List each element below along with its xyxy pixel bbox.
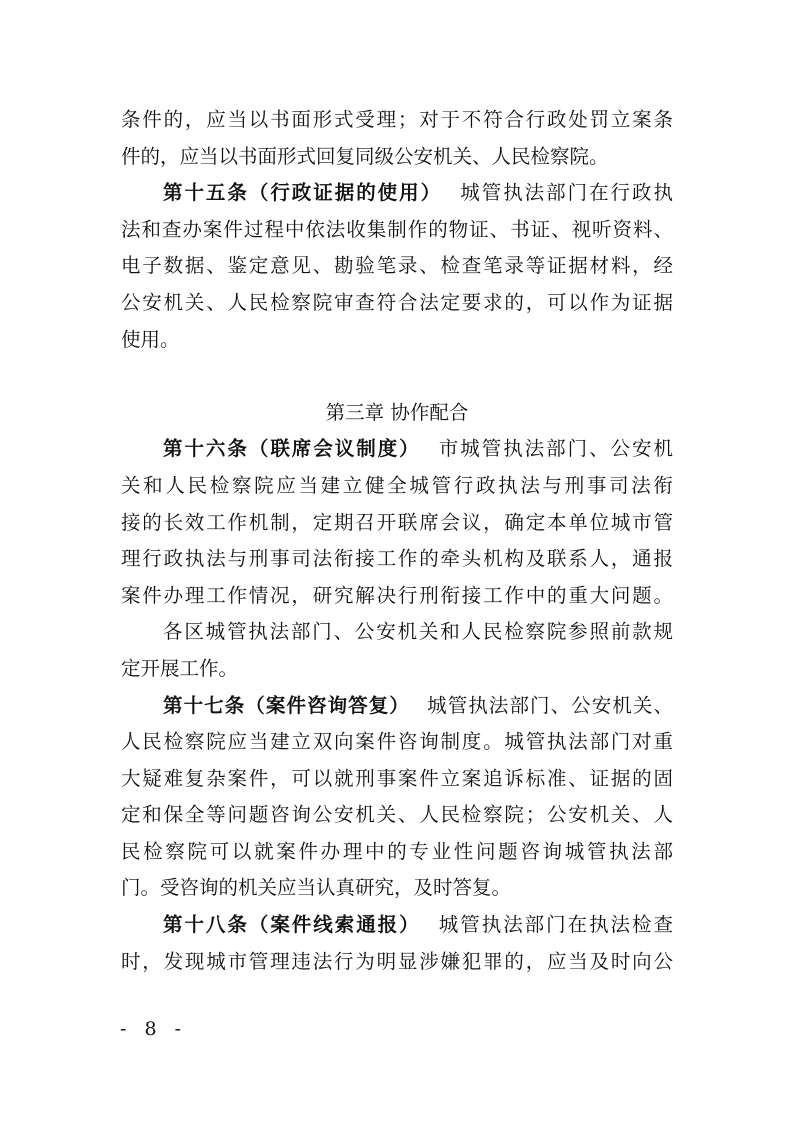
document-page: 条件的，应当以书面形式受理；对于不符合行政处罚立案条 件的，应当以书面形式回复同…	[121, 102, 673, 980]
text-line: 使用。	[121, 322, 673, 359]
text-line: 时，发现城市管理违法行为明显涉嫌犯罪的，应当及时向公	[121, 944, 673, 981]
text-line: 关和人民检察院应当建立健全城管行政执法与刑事司法衔	[121, 468, 673, 505]
text-line: 民检察院可以就案件办理中的专业性问题咨询城管执法部	[121, 834, 673, 871]
text-line: 条件的，应当以书面形式受理；对于不符合行政处罚立案条	[121, 102, 673, 139]
article-title: 第十六条（联席会议制度）	[163, 437, 421, 460]
article-title: 第十八条（案件线索通报）	[163, 913, 421, 936]
text-line: 电子数据、鉴定意见、勘验笔录、检查笔录等证据材料，经	[121, 248, 673, 285]
article-title: 第十五条（行政证据的使用）	[163, 181, 442, 204]
article-18-heading-line: 第十八条（案件线索通报） 城管执法部门在执法检查	[121, 907, 673, 944]
text-line: 接的长效工作机制，定期召开联席会议，确定本单位城市管	[121, 505, 673, 542]
text-line: 定开展工作。	[121, 651, 673, 688]
text-line: 公安机关、人民检察院审查符合法定要求的，可以作为证据	[121, 285, 673, 322]
page-number: - 8 -	[120, 1018, 187, 1040]
article-text: 城管执法部门在执法检查	[439, 913, 673, 936]
article-16-heading-line: 第十六条（联席会议制度） 市城管执法部门、公安机	[121, 431, 673, 468]
article-17-heading-line: 第十七条（案件咨询答复） 城管执法部门、公安机关、	[121, 688, 673, 725]
article-text: 城管执法部门在行政执	[460, 181, 673, 204]
text-line: 案件办理工作情况，研究解决行刑衔接工作中的重大问题。	[121, 578, 673, 615]
text-line: 门。受咨询的机关应当认真研究，及时答复。	[121, 870, 673, 907]
article-text: 城管执法部门、公安机关、	[427, 694, 673, 717]
chapter-heading: 第三章 协作配合	[121, 395, 673, 432]
article-15-heading-line: 第十五条（行政证据的使用） 城管执法部门在行政执	[121, 175, 673, 212]
text-line: 件的，应当以书面形式回复同级公安机关、人民检察院。	[121, 139, 673, 176]
article-title: 第十七条（案件咨询答复）	[163, 694, 410, 717]
text-line: 理行政执法与刑事司法衔接工作的牵头机构及联系人，通报	[121, 541, 673, 578]
text-line: 人民检察院应当建立双向案件咨询制度。城管执法部门对重	[121, 724, 673, 761]
text-line: 定和保全等问题咨询公安机关、人民检察院；公安机关、人	[121, 797, 673, 834]
article-text: 市城管执法部门、公安机	[439, 437, 673, 460]
text-line: 大疑难复杂案件，可以就刑事案件立案追诉标准、证据的固	[121, 761, 673, 798]
text-line: 各区城管执法部门、公安机关和人民检察院参照前款规	[121, 614, 673, 651]
text-line: 法和查办案件过程中依法收集制作的物证、书证、视听资料、	[121, 212, 673, 249]
